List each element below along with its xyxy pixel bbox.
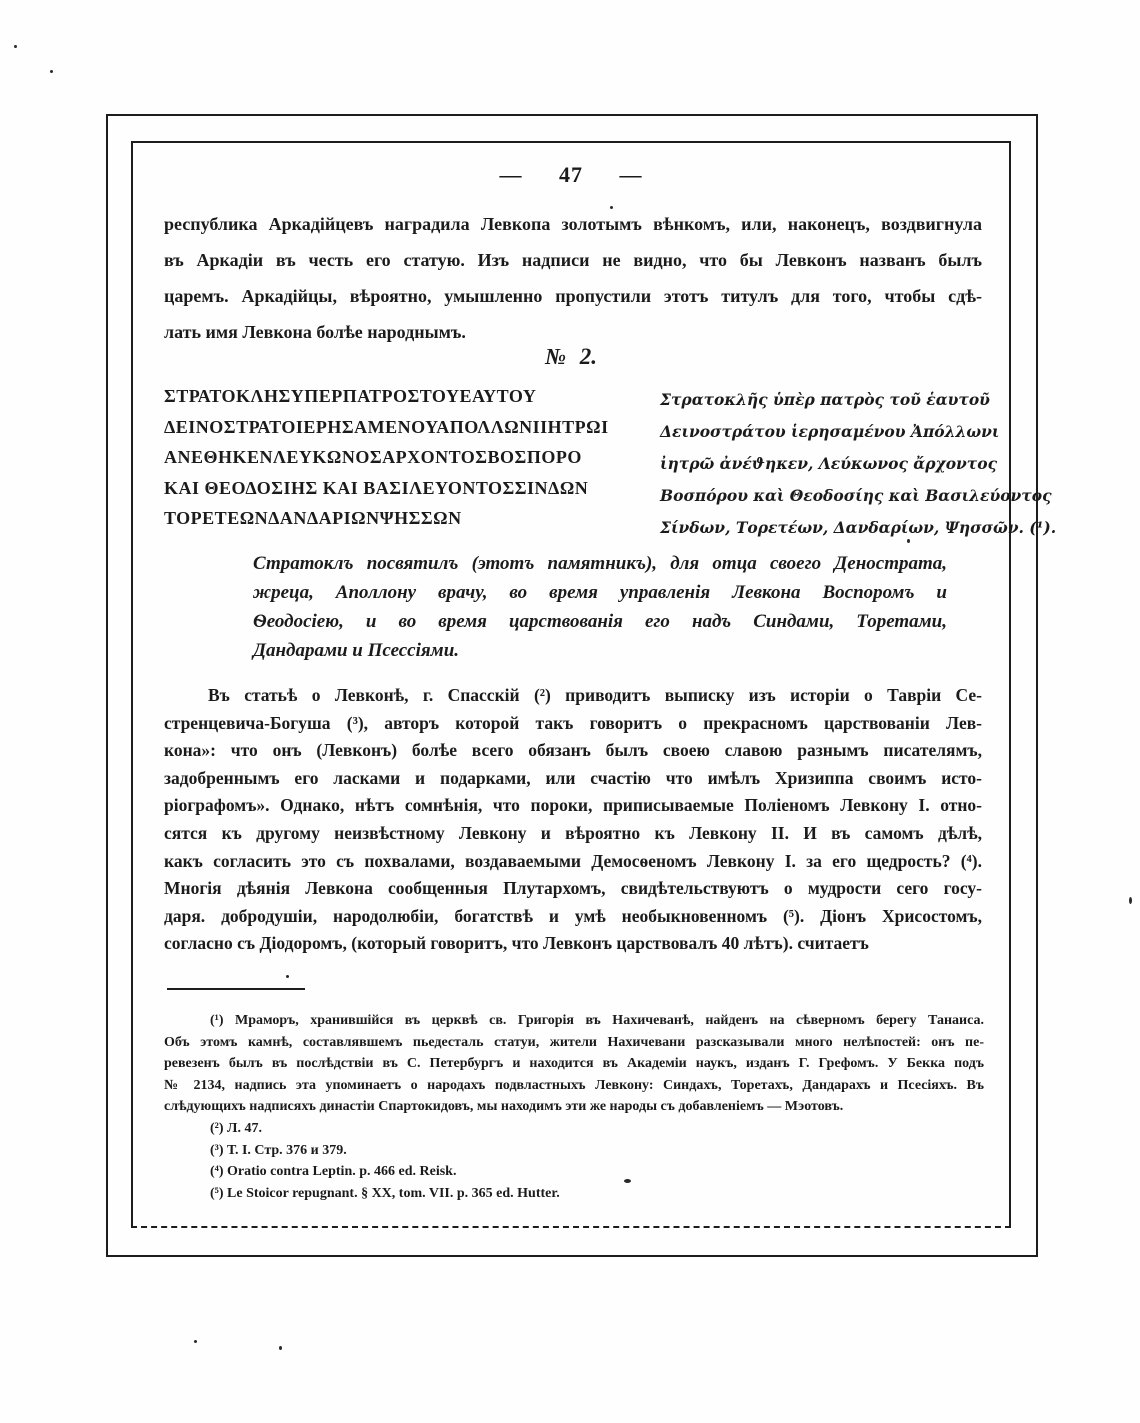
footnote-line: ревезенъ былъ въ послѣдствіи въ С. Петер…: [164, 1053, 984, 1075]
footnote-3: (³) Т. I. Стр. 376 и 379.: [164, 1140, 984, 1162]
text-line: жреца, Аполлону врачу, во время управлен…: [253, 578, 947, 607]
text-line: царемъ. Аркадійцы, вѣроятно, умышленно п…: [164, 278, 982, 314]
transcription-line: Δεινοστράτου ἱερησαμένου Ἀπόλλωνι: [660, 416, 970, 448]
footnote-5: (⁵) Le Stoicor repugnant. § XX, tom. VII…: [164, 1183, 984, 1205]
text-line: кона»: что онъ (Левконъ) болѣе всего обя…: [164, 737, 982, 765]
scan-speck: [624, 1179, 631, 1183]
greek-transcription-minuscule: Στρατοκλῆς ὑπὲρ πατρὸς τοῦ ἑαυτοῦ Δεινοσ…: [660, 384, 970, 544]
text-line: Многія дѣянія Левкона сообщенныя Плутарх…: [164, 875, 982, 903]
inscription-line: ΔΕΙΝΟΣΤΡΑΤΟΙΕΡΗΣΑΜΕΝΟΥΑΠΟΛΛΩΝΙΙΗΤΡΩΙ: [164, 412, 669, 443]
page-number: — 47 —: [131, 162, 1011, 188]
footnote-4: (⁴) Oratio contra Leptin. p. 466 ed. Rei…: [164, 1161, 984, 1183]
text-line: сятся къ другому неизвѣстному Левкону и …: [164, 820, 982, 848]
inscription-line: ΑΝΕΘΗΚΕΝΛΕΥΚΩΝΟΣΑΡΧΟΝΤΟΣΒΟΣΠΟΡΟ: [164, 442, 669, 473]
text-line: ріографомъ». Однако, нѣтъ сомнѣнія, что …: [164, 792, 982, 820]
text-line: Ѳеодосіею, и во время царствованія его н…: [253, 607, 947, 636]
footnotes-block: (¹) Мраморъ, хранившійся въ церквѣ св. Г…: [164, 1010, 984, 1204]
text-line: даря. добродушіи, народолюбіи, богатствѣ…: [164, 903, 982, 931]
text-line: Стратоклъ посвятилъ (этотъ памятникъ), д…: [253, 549, 947, 578]
scan-speck: [279, 1346, 282, 1350]
scan-speck: [50, 70, 53, 73]
text-line: какъ согласить это съ похвалами, воздава…: [164, 848, 982, 876]
scan-speck: [14, 45, 17, 48]
opening-paragraph: республика Аркадійцевъ наградила Левкопа…: [164, 206, 982, 350]
transcription-line: Σίνδων, Τορετέων, Δανδαρίων, Ψησσῶν. (¹)…: [660, 512, 970, 544]
inscription-line: ΤΟΡΕΤΕΩΝΔΑΝΔΑΡΙΩΝΨΗΣΣΩΝ: [164, 503, 669, 534]
transcription-line: Στρατοκλῆς ὑπὲρ πατρὸς τοῦ ἑαυτοῦ: [660, 384, 970, 416]
scan-speck: [907, 539, 910, 543]
text-line: согласно съ Діодоромъ, (который говоритъ…: [164, 930, 982, 958]
russian-translation: Стратоклъ посвятилъ (этотъ памятникъ), д…: [253, 549, 947, 665]
inscription-line: ΣΤΡΑΤΟΚΛΗΣΥΠΕΡΠΑΤΡΟΣΤΟΥΕΑΥΤΟΥ: [164, 381, 669, 412]
scan-speck: [194, 1340, 197, 1343]
text-line: задобреннымъ его ласками и подарками, ил…: [164, 765, 982, 793]
footnote-line: слѣдующихъ надписяхъ династіи Спартокидо…: [164, 1096, 984, 1118]
commentary-paragraph: Въ статьѣ о Левконѣ, г. Спасскій (²) при…: [164, 682, 982, 958]
greek-inscription-capitals: ΣΤΡΑΤΟΚΛΗΣΥΠΕΡΠΑΤΡΟΣΤΟΥΕΑΥΤΟΥ ΔΕΙΝΟΣΤΡΑΤ…: [164, 381, 669, 534]
transcription-line: ἰητρῶ ἀνέϑηκεν, Λεύκωνος ἄρχοντος: [660, 448, 970, 480]
scan-speck: [1129, 897, 1132, 904]
transcription-line: Βοσπόρου καὶ Θεοδοσίης καὶ Βασιλεύοντος: [660, 480, 970, 512]
inscription-line: ΚΑΙ ΘΕΟΔΟΣΙΗΣ ΚΑΙ ΒΑΣΙΛΕΥΟΝΤΟΣΣΙΝΔΩΝ: [164, 473, 669, 504]
footnote-2: (²) Л. 47.: [164, 1118, 984, 1140]
scanned-book-page: — 47 — республика Аркадійцевъ наградила …: [0, 0, 1140, 1423]
footnote-line: (¹) Мраморъ, хранившійся въ церквѣ св. Г…: [164, 1010, 984, 1032]
footnote-line: Объ этомъ камнѣ, составлявшемъ пьедестал…: [164, 1032, 984, 1054]
scan-speck: [286, 975, 289, 978]
footnote-line: № 2134, надпись эта упоминаетъ о народах…: [164, 1075, 984, 1097]
section-heading: № 2.: [131, 344, 1011, 370]
text-line: Въ статьѣ о Левконѣ, г. Спасскій (²) при…: [164, 682, 982, 710]
text-line: въ Аркадіи въ честь его статую. Изъ надп…: [164, 242, 982, 278]
text-line: стренцевича-Богуша (³), авторъ которой т…: [164, 710, 982, 738]
scan-speck: [610, 206, 613, 209]
text-line: Дандарами и Псессіями.: [253, 636, 947, 665]
text-line: республика Аркадійцевъ наградила Левкопа…: [164, 206, 982, 242]
footnote-separator-rule: [167, 988, 305, 990]
